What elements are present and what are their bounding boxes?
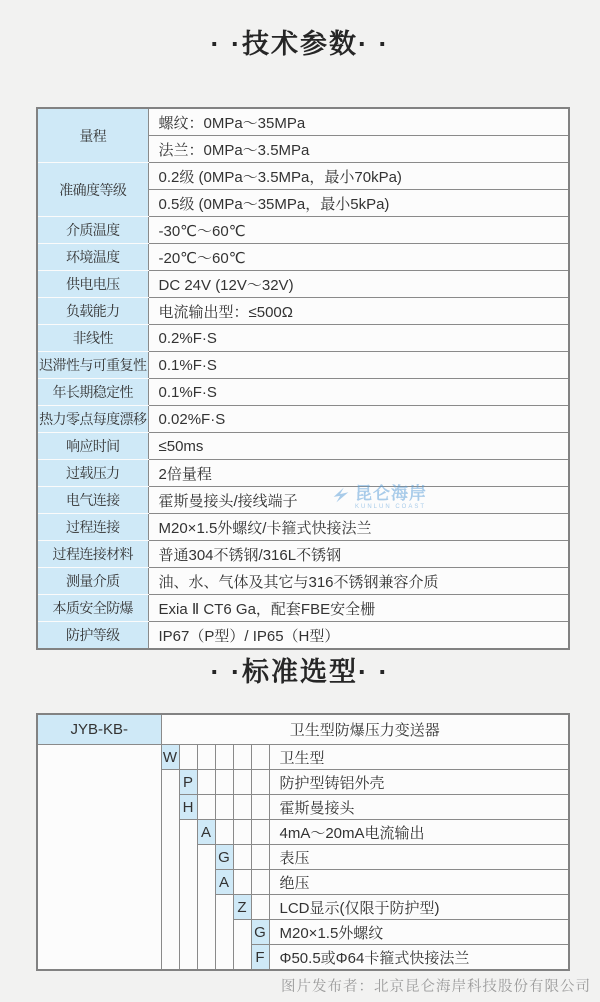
table-row: 准确度等级 0.2级 (0MPa～3.5MPa，最小70kPa) [37, 163, 569, 190]
tech-parameters-table: 量程 螺纹：0MPa～35MPa 法兰：0MPa～3.5MPa 准确度等级 0.… [36, 107, 570, 650]
table-row: 防护等级 IP67（P型）/ IP65（H型） [37, 622, 569, 650]
grid-cell [197, 795, 215, 820]
grid-cell [197, 745, 215, 770]
option-desc: 表压 [269, 845, 569, 870]
grid-cell [197, 770, 215, 795]
grid-cell [251, 795, 269, 820]
spec-value: 油、水、气体及其它与316不锈钢兼容介质 [148, 568, 569, 595]
table-row: W 卫生型 [37, 745, 569, 770]
spec-label: 热力零点每度漂移 [37, 406, 148, 433]
grid-cell [233, 870, 251, 895]
table-row: 非线性 0.2%F·S [37, 325, 569, 352]
spec-value: 0.1%F·S [148, 379, 569, 406]
spec-label: 年长期稳定性 [37, 379, 148, 406]
option-desc: 绝压 [269, 870, 569, 895]
spec-value: 电流输出型：≤500Ω [148, 298, 569, 325]
tech-section-title: · ·技术参数· · [0, 22, 600, 61]
spec-value: 0.5级 (0MPa～35MPa，最小5kPa) [148, 190, 569, 217]
spec-value: 螺纹：0MPa～35MPa [148, 108, 569, 136]
spec-value: 0.02%F·S [148, 406, 569, 433]
table-row: 过载压力 2倍量程 [37, 460, 569, 487]
spec-label: 负载能力 [37, 298, 148, 325]
spec-value: IP67（P型）/ IP65（H型） [148, 622, 569, 650]
spec-value: Exia Ⅱ CT6 Ga，配套FBE安全栅 [148, 595, 569, 622]
spec-label: 响应时间 [37, 433, 148, 460]
table-row: 介质温度 -30℃～60℃ [37, 217, 569, 244]
grid-cell [215, 795, 233, 820]
table-row: 过程连接材料 普通304不锈钢/316L不锈钢 [37, 541, 569, 568]
grid-cell [233, 820, 251, 845]
spec-value: 2倍量程 [148, 460, 569, 487]
grid-cell [215, 895, 233, 971]
option-code: G [251, 920, 269, 945]
grid-cell [251, 895, 269, 920]
option-code: G [215, 845, 233, 870]
selection-section-title: · ·标准选型· · [0, 650, 600, 689]
table-row: 测量介质 油、水、气体及其它与316不锈钢兼容介质 [37, 568, 569, 595]
table-row: 量程 螺纹：0MPa～35MPa [37, 108, 569, 136]
spec-value: 霍斯曼接头/接线端子 [148, 487, 569, 514]
grid-cell [233, 920, 251, 971]
grid-cell [197, 845, 215, 971]
spec-value: 0.1%F·S [148, 352, 569, 379]
spec-label: 供电电压 [37, 271, 148, 298]
spec-label: 防护等级 [37, 622, 148, 650]
option-code: P [179, 770, 197, 795]
datasheet-page: · ·技术参数· · 量程 螺纹：0MPa～35MPa 法兰：0MPa～3.5M… [0, 0, 600, 1002]
publisher-caption: 图片发布者：北京昆仑海岸科技股份有限公司 [281, 975, 591, 996]
option-desc: Φ50.5或Φ64卡箍式快接法兰 [269, 945, 569, 971]
standard-selection-table: JYB-KB- 卫生型防爆压力变送器 W 卫生型 P 防护型铸铝外 [36, 713, 570, 971]
model-stem-cell [37, 745, 161, 971]
grid-cell [251, 770, 269, 795]
grid-cell [233, 770, 251, 795]
spec-value: 0.2级 (0MPa～3.5MPa，最小70kPa) [148, 163, 569, 190]
spec-label: 本质安全防爆 [37, 595, 148, 622]
spec-label: 量程 [37, 108, 148, 163]
table-row: 电气连接 霍斯曼接头/接线端子 [37, 487, 569, 514]
option-desc: 卫生型 [269, 745, 569, 770]
option-code: F [251, 945, 269, 971]
table-row: 热力零点每度漂移 0.02%F·S [37, 406, 569, 433]
table-row: 负载能力 电流输出型：≤500Ω [37, 298, 569, 325]
spec-value: 普通304不锈钢/316L不锈钢 [148, 541, 569, 568]
spec-label: 准确度等级 [37, 163, 148, 217]
table-row: 环境温度 -20℃～60℃ [37, 244, 569, 271]
spec-value: -30℃～60℃ [148, 217, 569, 244]
table-row: 响应时间 ≤50ms [37, 433, 569, 460]
grid-cell [161, 770, 179, 971]
table-row: JYB-KB- 卫生型防爆压力变送器 [37, 714, 569, 745]
table-row: 迟滞性与可重复性 0.1%F·S [37, 352, 569, 379]
option-desc: M20×1.5外螺纹 [269, 920, 569, 945]
spec-label: 过程连接材料 [37, 541, 148, 568]
option-code: Z [233, 895, 251, 920]
spec-label: 环境温度 [37, 244, 148, 271]
grid-cell [233, 845, 251, 870]
spec-label: 电气连接 [37, 487, 148, 514]
option-code: A [197, 820, 215, 845]
option-code: H [179, 795, 197, 820]
spec-label: 介质温度 [37, 217, 148, 244]
option-desc: 霍斯曼接头 [269, 795, 569, 820]
grid-cell [215, 745, 233, 770]
grid-cell [179, 820, 197, 971]
spec-label: 过载压力 [37, 460, 148, 487]
grid-cell [251, 870, 269, 895]
table-row: 供电电压 DC 24V (12V～32V) [37, 271, 569, 298]
grid-cell [215, 820, 233, 845]
option-code: W [161, 745, 179, 770]
spec-value: DC 24V (12V～32V) [148, 271, 569, 298]
option-desc: 4mA～20mA电流输出 [269, 820, 569, 845]
spec-value: 法兰：0MPa～3.5MPa [148, 136, 569, 163]
grid-cell [233, 795, 251, 820]
spec-label: 过程连接 [37, 514, 148, 541]
option-code: A [215, 870, 233, 895]
table-row: 过程连接 M20×1.5外螺纹/卡箍式快接法兰 [37, 514, 569, 541]
option-desc: 防护型铸铝外壳 [269, 770, 569, 795]
spec-label: 测量介质 [37, 568, 148, 595]
spec-value: ≤50ms [148, 433, 569, 460]
option-desc: LCD显示(仅限于防护型) [269, 895, 569, 920]
model-prefix: JYB-KB- [37, 714, 161, 745]
spec-value: M20×1.5外螺纹/卡箍式快接法兰 [148, 514, 569, 541]
table-row: 本质安全防爆 Exia Ⅱ CT6 Ga，配套FBE安全栅 [37, 595, 569, 622]
grid-cell [251, 820, 269, 845]
grid-cell [251, 845, 269, 870]
grid-cell [179, 745, 197, 770]
spec-value: -20℃～60℃ [148, 244, 569, 271]
table-row: 年长期稳定性 0.1%F·S [37, 379, 569, 406]
spec-label: 非线性 [37, 325, 148, 352]
product-name: 卫生型防爆压力变送器 [161, 714, 569, 745]
grid-cell [251, 745, 269, 770]
grid-cell [233, 745, 251, 770]
grid-cell [215, 770, 233, 795]
spec-value: 0.2%F·S [148, 325, 569, 352]
spec-label: 迟滞性与可重复性 [37, 352, 148, 379]
